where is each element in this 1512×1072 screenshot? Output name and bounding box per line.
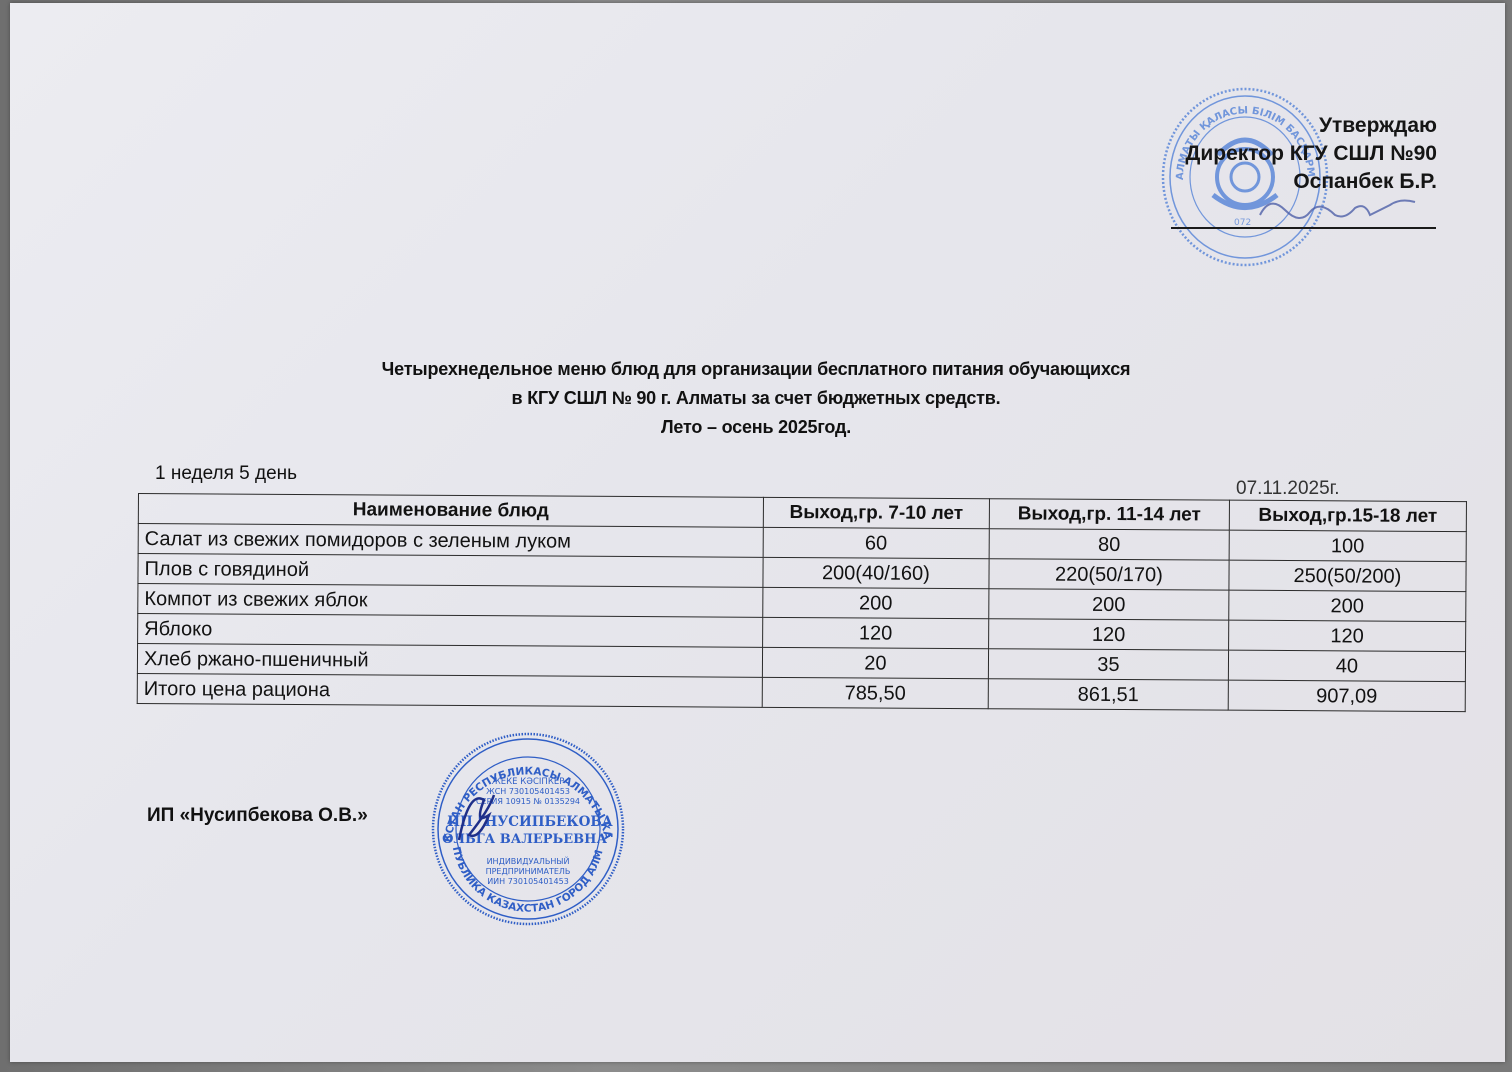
dish-name: Компот из свежих яблок — [138, 584, 763, 618]
svg-text:ИНДИВИДУАЛЬНЫЙ: ИНДИВИДУАЛЬНЫЙ — [487, 855, 570, 866]
total-label: Итого цена рациона — [137, 673, 762, 707]
document-date: 07.11.2025г. — [1236, 478, 1340, 500]
yield-15-18: 120 — [1228, 620, 1465, 651]
yield-7-10: 200 — [763, 587, 989, 618]
total-7-10: 785,50 — [762, 677, 988, 708]
yield-11-14: 120 — [989, 619, 1229, 650]
column-header-7-10: Выход,гр. 7-10 лет — [763, 497, 989, 528]
yield-7-10: 120 — [762, 617, 988, 648]
week-day-label: 1 неделя 5 день — [155, 463, 297, 485]
yield-11-14: 220(50/170) — [989, 559, 1229, 590]
yield-7-10: 200(40/160) — [763, 557, 989, 588]
yield-11-14: 80 — [989, 529, 1229, 560]
svg-text:ЖСН 730105401453: ЖСН 730105401453 — [486, 787, 570, 796]
yield-15-18: 250(50/200) — [1229, 560, 1466, 591]
column-header-15-18: Выход,гр.15-18 лет — [1229, 500, 1466, 531]
title-line-3: Лето – осень 2025год. — [0, 413, 1512, 442]
signature-icon — [1240, 190, 1430, 230]
svg-text:ПРЕДПРИНИМАТЕЛЬ: ПРЕДПРИНИМАТЕЛЬ — [486, 867, 571, 876]
supplier-seal-stamp-icon: КАЗАКСТАН РЕСПУБЛИКАСЫ АЛМАТЫ КАЛАСЫ РЕС… — [429, 730, 627, 928]
approver-position: Директор КГУ СШЛ №90 — [1185, 140, 1437, 168]
yield-15-18: 40 — [1228, 650, 1465, 681]
yield-15-18: 200 — [1229, 590, 1466, 621]
yield-7-10: 20 — [762, 647, 988, 678]
total-15-18: 907,09 — [1228, 680, 1465, 711]
dish-name: Яблоко — [138, 614, 763, 648]
document-title: Четырехнедельное меню блюд для организац… — [0, 355, 1512, 442]
yield-11-14: 200 — [989, 589, 1229, 620]
yield-11-14: 35 — [988, 649, 1228, 680]
svg-text:ИИН 730105401453: ИИН 730105401453 — [487, 877, 569, 886]
supplier-name: ИП «Нусипбекова О.В.» — [147, 805, 368, 827]
dish-name: Плов с говядиной — [138, 554, 763, 588]
approval-label: Утверждаю — [1185, 112, 1437, 140]
title-line-1: Четырехнедельное меню блюд для организац… — [0, 355, 1512, 384]
menu-table: Наименование блюд Выход,гр. 7-10 лет Вых… — [137, 493, 1467, 712]
total-11-14: 861,51 — [988, 679, 1228, 710]
yield-15-18: 100 — [1229, 530, 1466, 561]
title-line-2: в КГУ СШЛ № 90 г. Алматы за счет бюджетн… — [0, 384, 1512, 413]
dish-name: Хлеб ржано-пшеничный — [137, 644, 762, 678]
yield-7-10: 60 — [763, 527, 989, 558]
signature-line — [1171, 227, 1436, 229]
svg-text:ЖЕКЕ КӘСІПКЕР: ЖЕКЕ КӘСІПКЕР — [492, 777, 565, 787]
column-header-dish: Наименование блюд — [138, 494, 763, 528]
approval-block: Утверждаю Директор КГУ СШЛ №90 Оспанбек … — [1185, 112, 1437, 196]
dish-name: Салат из свежих помидоров с зеленым луко… — [138, 524, 763, 558]
svg-text:ОЛЬГА ВАЛЕРЬЕВНА": ОЛЬГА ВАЛЕРЬЕВНА" — [442, 832, 614, 847]
svg-text:ИП "НУСИПБЕКОВА: ИП "НУСИПБЕКОВА — [447, 814, 612, 830]
column-header-11-14: Выход,гр. 11-14 лет — [989, 499, 1229, 530]
